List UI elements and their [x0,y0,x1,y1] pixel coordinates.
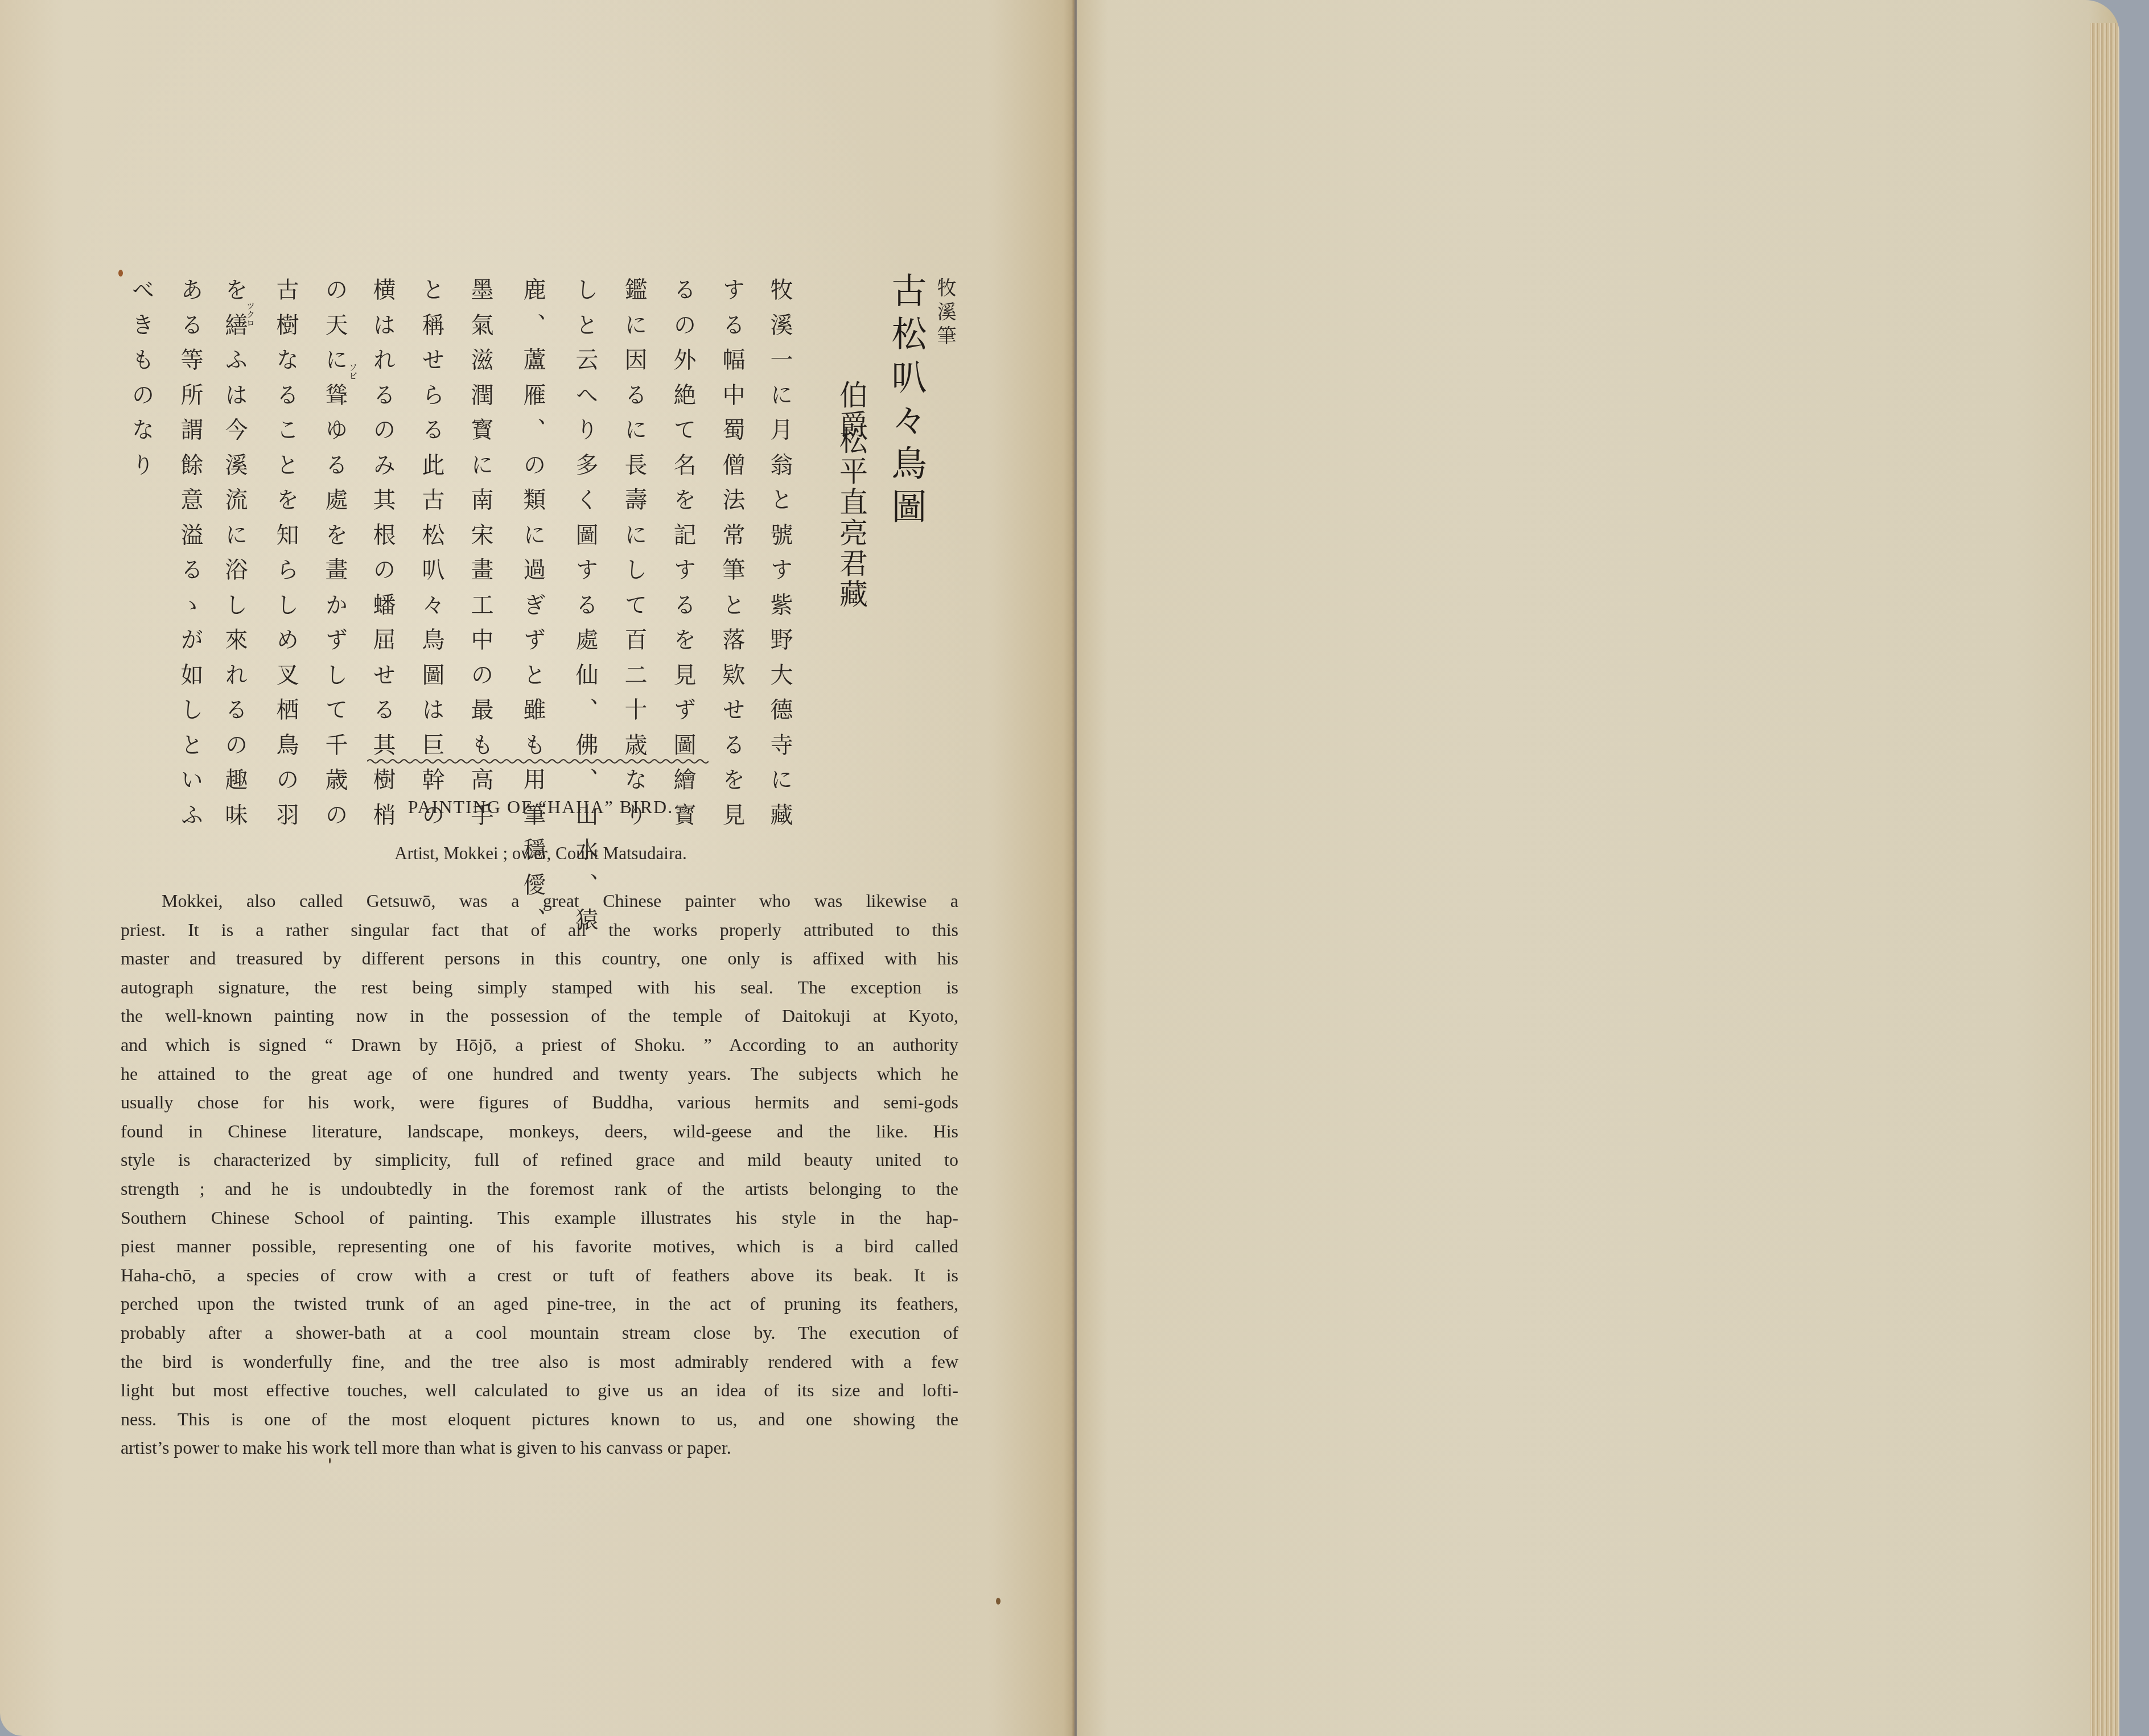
jp-column: 横はれるのみ其根の蟠屈せる其樹梢 [370,278,395,838]
jp-column: 鑑に因るに長壽にして百二十歳なり [621,278,647,838]
text-line: Haha-chō, a species of crow with a crest… [121,1261,958,1290]
jp-column: を繕ふは今溪流に浴し來れるの趣味 [222,278,247,838]
text-line: piest manner possible, representing one … [121,1232,958,1261]
jp-column: るの外絶て名を記するを見ず圖繪寳 [670,278,695,838]
text-line: found in Chinese literature, landscape, … [121,1117,958,1146]
text-line: and which is signed “ Drawn by Hōjō, a p… [121,1030,958,1059]
text-line: probably after a shower-bath at a cool m… [121,1318,958,1347]
text-line: autograph signature, the rest being simp… [121,973,958,1002]
text-line: strength ; and he is undoubtedly in the … [121,1174,958,1203]
text-line: style is characterized by simplicity, fu… [121,1145,958,1174]
text-line: master and treasured by different person… [121,944,958,973]
text-line: usually chose for his work, were figures… [121,1088,958,1117]
text-line: the bird is wonderfully fine, and the tr… [121,1347,958,1376]
wavy-divider [367,757,709,766]
jp-column: 墨氣滋潤寳に南宋畫工中の最も高手 [468,278,493,838]
left-page: 牧溪筆 古松叭々鳥圖 伯爵 松平直亮君藏 牧溪一に月翁と號す紫野大德寺に藏 する… [0,0,1074,1736]
jp-column: 牧溪一に月翁と號す紫野大德寺に藏 [767,278,792,838]
paper-stain [996,1598,1001,1605]
text-line: priest. It is a rather singular fact tha… [121,916,958,945]
text-line: Mokkei, also called Getsuwō, was a great… [121,886,958,916]
page-block-edge [2090,23,2119,1736]
text-line: perched upon the twisted trunk of an age… [121,1289,958,1318]
text-line: the well-known painting now in the posse… [121,1001,958,1030]
book-spread: 牧溪筆 古松叭々鳥圖 伯爵 松平直亮君藏 牧溪一に月翁と號す紫野大德寺に藏 する… [0,0,2149,1736]
paper-stain [118,270,123,277]
artist-owner-line: Artist, Mokkei ; ower, Count Matsudaira. [330,843,751,864]
jp-column: の天に聳ゆる處を畫かずして千歳の [322,278,347,838]
text-line: artist’s power to make his work tell mor… [121,1433,958,1462]
text-line: ness. This is one of the most eloquent p… [121,1405,958,1434]
jp-column: 古樹なることを知らしめ叉栖鳥の羽 [273,278,298,838]
jp-column: と稱せらる此古松叭々鳥圖は巨幹の [419,278,444,838]
right-page-blank [1077,0,2119,1736]
painting-title-japanese: 古松叭々鳥圖 [881,272,932,531]
ruby-annotation: ツクロ [245,302,257,327]
text-line: Southern Chinese School of painting. Thi… [121,1203,958,1232]
english-description: Mokkei, also called Getsuwō, was a great… [121,886,958,1462]
ruby-annotation: ソビ [347,363,359,380]
text-line: he attained to the great age of one hund… [121,1059,958,1088]
paper-stain [329,1458,331,1463]
jp-column: べきものなり [129,278,154,488]
text-line: light but most effective touches, well c… [121,1376,958,1405]
owner-name: 松平直亮君藏 [831,426,872,610]
painting-title-english: PAINTING OF “HAHA” BIRD. [364,797,717,818]
artist-attribution: 牧溪筆 [931,278,959,349]
jp-column: する幅中蜀僧法常筆と落欵せるを見 [719,278,744,838]
jp-column: ある等所謂餘意溢るゝが如しといふ [178,278,203,838]
japanese-text-block: 牧溪筆 古松叭々鳥圖 伯爵 松平直亮君藏 牧溪一に月翁と號す紫野大德寺に藏 する… [0,0,1074,740]
